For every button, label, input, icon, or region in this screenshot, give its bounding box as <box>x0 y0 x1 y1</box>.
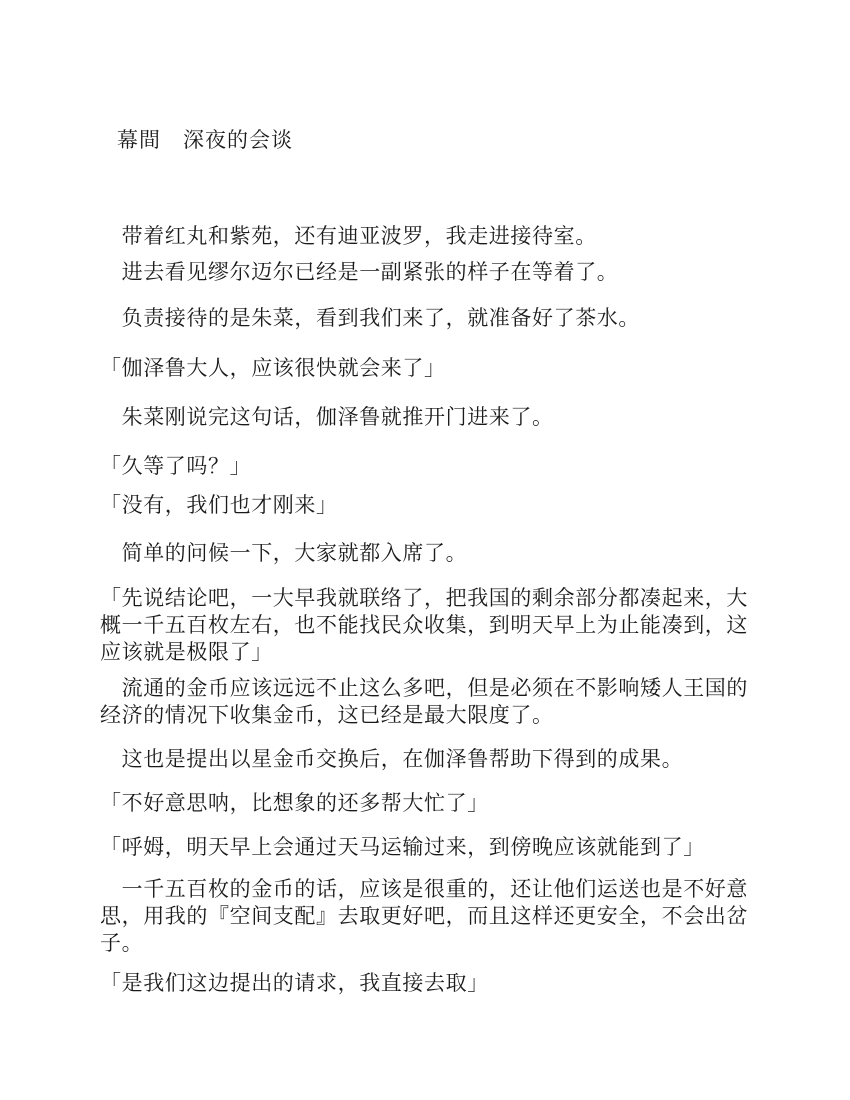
document-page: 幕間 深夜的会谈 带着红丸和紫苑，还有迪亚波罗，我走进接待室。 进去看见缪尔迈尔… <box>0 0 850 1100</box>
paragraph-narration: 这也是提出以星金币交换后，在伽泽鲁帮助下得到的成果。 <box>100 746 750 773</box>
paragraph-narration: 进去看见缪尔迈尔已经是一副紧张的样子在等着了。 <box>100 259 750 286</box>
paragraph-dialogue: 「呼姆，明天早上会通过天马运输过来，到傍晚应该就能到了」 <box>100 834 750 861</box>
paragraph-dialogue: 「没有，我们也才刚来」 <box>100 492 750 519</box>
paragraph-dialogue: 「久等了吗？」 <box>100 453 750 480</box>
paragraph-narration: 流通的金币应该远远不止这么多吧，但是必须在不影响矮人王国的经济的情况下收集金币，… <box>100 675 750 729</box>
paragraph-dialogue: 「伽泽鲁大人，应该很快就会来了」 <box>100 355 750 382</box>
chapter-title: 幕間 深夜的会谈 <box>117 126 293 154</box>
paragraph-dialogue: 「先说结论吧，一大早我就联络了，把我国的剩余部分都凑起来，大概一千五百枚左右，也… <box>100 585 750 666</box>
paragraph-narration: 带着红丸和紫苑，还有迪亚波罗，我走进接待室。 <box>100 223 750 250</box>
paragraph-narration: 简单的问候一下，大家就都入席了。 <box>100 540 750 567</box>
paragraph-narration: 一千五百枚的金币的话，应该是很重的，还让他们运送也是不好意思，用我的『空间支配』… <box>100 876 750 957</box>
paragraph-dialogue: 「是我们这边提出的请求，我直接去取」 <box>100 970 750 997</box>
paragraph-narration: 负责接待的是朱菜，看到我们来了，就准备好了茶水。 <box>100 305 750 332</box>
paragraph-narration: 朱菜刚说完这句话，伽泽鲁就推开门进来了。 <box>100 404 750 431</box>
paragraph-dialogue: 「不好意思呐，比想象的还多帮大忙了」 <box>100 790 750 817</box>
